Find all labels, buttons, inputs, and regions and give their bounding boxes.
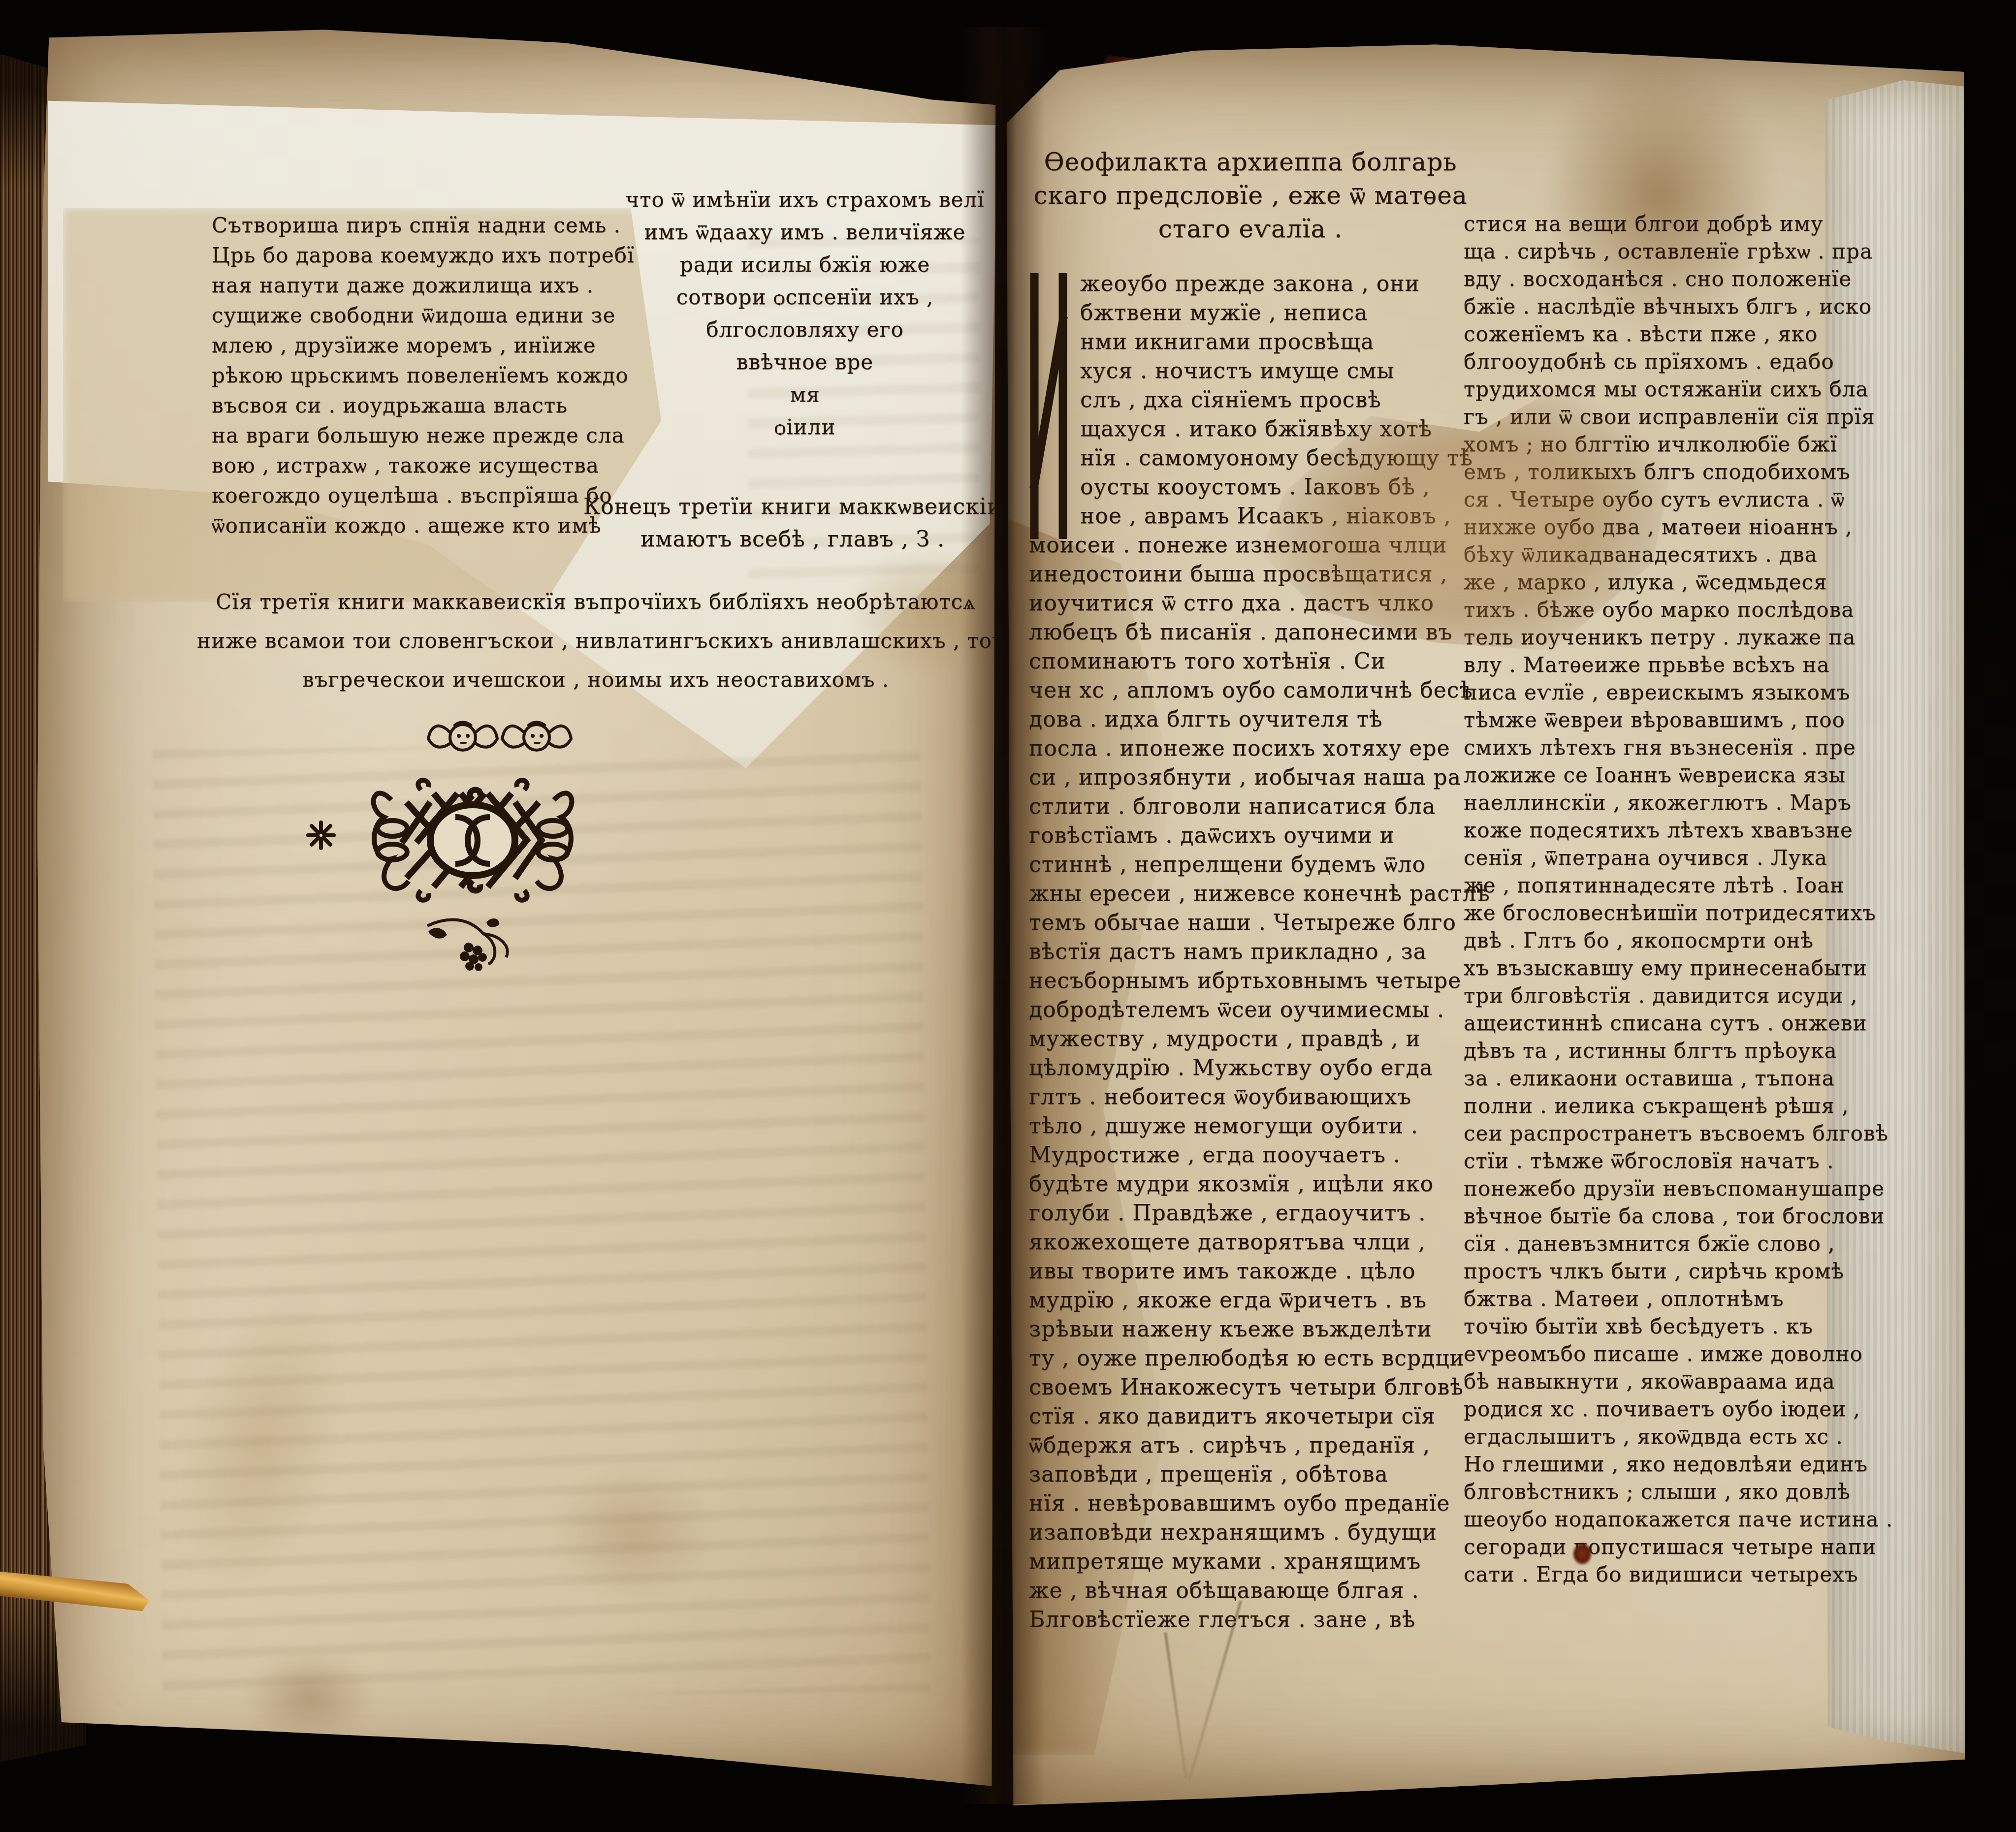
rosette-ornament [306, 821, 336, 850]
text-line: цѣломудрїю . Мужьству оубо егда [1029, 1053, 1472, 1082]
text-line: влу . Матѳеиже прьвѣе всѣхъ на [1464, 651, 1843, 679]
photo-backdrop: Сътвориша пиръ спнїя надни семь .Црь бо … [0, 0, 2016, 1832]
chapter-heading: Ѳеофилакта архиеппа болгарьскаго предсло… [1029, 145, 1472, 246]
book-gutter-shadow [961, 27, 1045, 1804]
text-line: зрѣвыи нажену къеже въжделѣти [1029, 1315, 1472, 1344]
text-line: говѣстїамъ . даѿсихъ оучими и [1029, 821, 1472, 850]
text-line: стися на вещи блгои добрѣ иму [1464, 210, 1843, 238]
text-line: понежебо друзїи невъспоманушапре [1464, 1175, 1843, 1202]
text-line: си , ипрозябнути , иобычая наша ра [1029, 763, 1472, 792]
text-line: простъ члкъ быти , сирѣчь кромѣ [1464, 1258, 1843, 1285]
text-line: мя [608, 379, 1002, 411]
text-line: коже подесятихъ лѣтехъ хвавъзне [1464, 817, 1843, 844]
text-line: добродѣтелемъ ѿсеи оучимиесмы . [1029, 995, 1472, 1024]
text-line: ивы творите имъ такожде . цѣло [1029, 1257, 1472, 1286]
text-line: же бгословеснѣишїи потридесятихъ [1464, 899, 1843, 927]
text-line: тѣло , дшуже немогущи оубити . [1029, 1111, 1472, 1140]
text-line: на враги большую неже прежде сла [212, 420, 635, 450]
text-line: еѵреомъбо писаше . имже доволно [1464, 1340, 1843, 1368]
text-line: сущиже свободни ѿидоша едини зе [212, 300, 635, 330]
text-line: Конецъ третїи книги маккѡвеискіи [576, 491, 1009, 523]
text-line: мужеству , мудрости , правдѣ , и [1029, 1024, 1472, 1053]
text-line: егдаслышитъ , якоѿдвда есть хс . [1464, 1423, 1843, 1451]
text-line: вою , истрахѡ , такоже исущества [212, 450, 635, 480]
text-line: млею , друзїиже моремъ , инїиже [212, 330, 635, 360]
text-line: мипретяще муками . хранящимъ [1029, 1547, 1472, 1576]
text-line: бжтвени мужїе , неписа [1029, 298, 1472, 327]
text-line: ща . сирѣчь , оставленїе грѣхѡ . пра [1464, 238, 1843, 265]
editorial-note: Сїя третїя книги маккавеискїя въпрочїихъ… [197, 582, 994, 699]
text-line: посла . ипонеже посихъ хотяху ере [1029, 734, 1472, 763]
text-line: шеоубо нодапокажется паче истина . [1464, 1506, 1843, 1533]
text-line: бжтва . Матѳеи , оплотнѣмъ [1464, 1285, 1843, 1313]
text-line: Црь бо дарова коемуждо ихъ потребї [212, 240, 635, 270]
text-line: заповѣди , прещенїя , обѣтова [1029, 1460, 1472, 1489]
grape-sprig-ornament [423, 912, 517, 974]
text-line: въгреческои ичешскои , ноимы ихъ неостав… [197, 660, 994, 699]
text-line: скаго предсловїе , еже ѿ матѳеа [1029, 179, 1472, 212]
text-line: слъ , дха сїянїемъ просвѣ [1029, 385, 1472, 414]
text-line: стїи . тѣмже ѿбгословїя начатъ . [1464, 1147, 1843, 1175]
text-line: ради исилы бжїя юже [608, 249, 1002, 281]
text-line: вду . восходанѣся . сно положенїе [1464, 265, 1843, 293]
text-line: стиннѣ , непрелщени будемъ ѿло [1029, 850, 1472, 879]
text-line: блгословляху его [608, 314, 1002, 346]
text-line: трудихомся мы остяжанїи сихъ бла [1464, 376, 1843, 403]
text-line: сеи распространетъ въсвоемъ блговѣ [1464, 1120, 1843, 1147]
text-line: соженїемъ ка . вѣсти пже , яко [1464, 320, 1843, 348]
text-line: родися хс . почиваетъ оубо іюдеи , [1464, 1395, 1843, 1423]
right-page: Ѳеофилакта архиеппа болгарьскаго предсло… [1002, 42, 1967, 1809]
text-line: дова . идха блгть оучителя тѣ [1029, 705, 1472, 734]
text-line: ѻіили [608, 411, 1002, 443]
text-line: за . еликаони оставиша , тъпона [1464, 1065, 1843, 1092]
text-line: бжїе . наслѣдїе вѣчныхъ блгъ , иско [1464, 293, 1843, 320]
text-line: въсвоя си . иоудрьжаша власть [212, 390, 635, 420]
text-line: Блговѣстїеже глетъся . зане , вѣ [1029, 1605, 1472, 1634]
text-line: жеоубо прежде закона , они [1029, 269, 1472, 298]
text-line: ложиже се Іоаннъ ѿевреиска язы [1464, 761, 1843, 789]
text-line: стїя . яко давидитъ якочетыри сїя [1029, 1402, 1472, 1431]
wax-spot [1572, 1542, 1593, 1566]
text-line: бѣ навыкнути , якоѿавраама ида [1464, 1368, 1843, 1395]
text-line: ѿописанїи кождо . ащеже кто имѣ [212, 510, 635, 540]
text-line: точїю бытїи хвѣ бесѣдуетъ . къ [1464, 1313, 1843, 1340]
left-page: Сътвориша пиръ спнїя надни семь .Црь бо … [34, 27, 999, 1797]
text-line: вѣстїя дастъ намъ прикладно , за [1029, 937, 1472, 966]
text-line: несъборнымъ ибртьховнымъ четыре [1029, 966, 1472, 995]
text-line: дѣвъ та , истинны блгтъ прѣоука [1464, 1037, 1843, 1065]
text-line: двѣ . Глтъ бо , якопосмрти онѣ [1464, 927, 1843, 954]
text-line: же , вѣчная обѣщавающе блгая . [1029, 1576, 1472, 1605]
text-line: мудрїю , якоже егда ѿричетъ . въ [1029, 1286, 1472, 1315]
text-line: своемъ Инакожесутъ четыри блговѣ [1029, 1373, 1472, 1402]
text-line: ввѣчное вре [608, 346, 1002, 379]
text-line: голуби . Правдѣже , егдаоучитъ . [1029, 1199, 1472, 1228]
text-line: сотвори ѻспсенїи ихъ , [608, 281, 1002, 314]
text-line: тѣмже ѿевреи вѣровавшимъ , поо [1464, 706, 1843, 734]
colophon: Конецъ третїи книги маккѡвеискіиимаютъ в… [576, 491, 1009, 556]
text-line: будѣте мудри якозмїя , ицѣли яко [1029, 1169, 1472, 1199]
text-line: имъ ѿдааху имъ . величїяже [608, 216, 1002, 249]
text-line: темъ обычае наши . Четыреже блго [1029, 908, 1472, 937]
text-line: Мудростиже , егда пооучаетъ . [1029, 1140, 1472, 1169]
left-page-text-block: Сътвориша пиръ спнїя надни семь .Црь бо … [212, 210, 635, 540]
text-line: Ѳеофилакта архиеппа болгарь [1029, 145, 1472, 179]
text-line: полни . иелика съкращенѣ рѣшя , [1464, 1092, 1843, 1120]
text-line: нїя . невѣровавшимъ оубо преданїе [1029, 1489, 1472, 1518]
text-line: ту , оуже прелюбодѣя ю есть всрдци [1029, 1344, 1472, 1373]
text-line: сати . Егда бо видишиси четырехъ [1464, 1561, 1843, 1588]
text-line: три блговѣстїя . давидится исуди , [1464, 982, 1843, 1010]
left-page-tapered-block: что ѿ имѣнїи ихъ страхомъ велїимъ ѿдааху… [608, 184, 1002, 443]
cherub-pair-ornament [423, 710, 576, 762]
text-line: ная напути даже дожилища ихъ . [212, 270, 635, 300]
text-line: чен хс , апломъ оубо самоличнѣ бесѣ [1029, 676, 1472, 705]
text-line: смихъ лѣтехъ гня възнесенїя . пре [1464, 734, 1843, 761]
text-line: вѣчное бытїе ба слова , тои бгослови [1464, 1202, 1843, 1230]
text-line: споминаютъ того хотѣнїя . Си [1029, 647, 1472, 676]
text-line: якожехощете датворятъва члци , [1029, 1228, 1472, 1257]
text-line: стаго еѵалїа . [1029, 212, 1472, 246]
text-line: жны ересеи , нижевсе конечнѣ растлѣ [1029, 879, 1472, 908]
text-line: глтъ . небоитеся ѿоубивающихъ [1029, 1082, 1472, 1111]
text-line: хъ възыскавшу ему принесенабыти [1464, 954, 1843, 982]
text-line: сенїя , ѿпетрана оучився . Лука [1464, 844, 1843, 872]
text-line: Но глешими , яко недовлѣяи единъ [1464, 1451, 1843, 1478]
knotwork-headpiece-ornament [362, 770, 583, 911]
text-line: же , попятиннадесяте лѣтѣ . Іоан [1464, 872, 1843, 899]
text-line: ѿбдержя атъ . сирѣчъ , преданїя , [1029, 1431, 1472, 1460]
paper-crack [1164, 1632, 1187, 1779]
text-line: блгооудобнѣ сь прїяхомъ . едабо [1464, 348, 1843, 376]
text-line: имаютъ всебѣ , главъ , З . [576, 523, 1009, 556]
text-line: нми икнигами просвѣща [1029, 327, 1472, 356]
text-line: сїя . даневъзмнится бжїе слово , [1464, 1230, 1843, 1258]
text-line: ниже всамои тои словенгъскои , нивлатинг… [197, 621, 994, 660]
text-line: ащеистиннѣ списана сутъ . онжеви [1464, 1010, 1843, 1037]
stain [246, 1651, 374, 1745]
text-line: рѣкою црьскимъ повеленїемъ кождо [212, 360, 635, 390]
stain [551, 1464, 714, 1602]
text-line: коегождо оуцелѣша . въспрїяша бо [212, 480, 635, 510]
text-line: Сътвориша пиръ спнїя надни семь . [212, 210, 635, 240]
text-line: что ѿ имѣнїи ихъ страхомъ велї [608, 184, 1002, 216]
text-line: сегоради попустишася четыре напи [1464, 1533, 1843, 1561]
text-line: хуся . ночистъ имуще смы [1029, 356, 1472, 385]
text-line: Сїя третїя книги маккавеискїя въпрочїихъ… [197, 582, 994, 621]
text-line: изаповѣди нехранящимъ . будущи [1029, 1518, 1472, 1547]
text-line: стлити . блговоли написатися бла [1029, 792, 1472, 821]
text-line: наеллинскїи , якожеглютъ . Маръ [1464, 789, 1843, 817]
text-line: блговѣстникъ ; слыши , яко довлѣ [1464, 1478, 1843, 1506]
text-line: писа еѵлїе , евреискымъ языкомъ [1464, 679, 1843, 706]
